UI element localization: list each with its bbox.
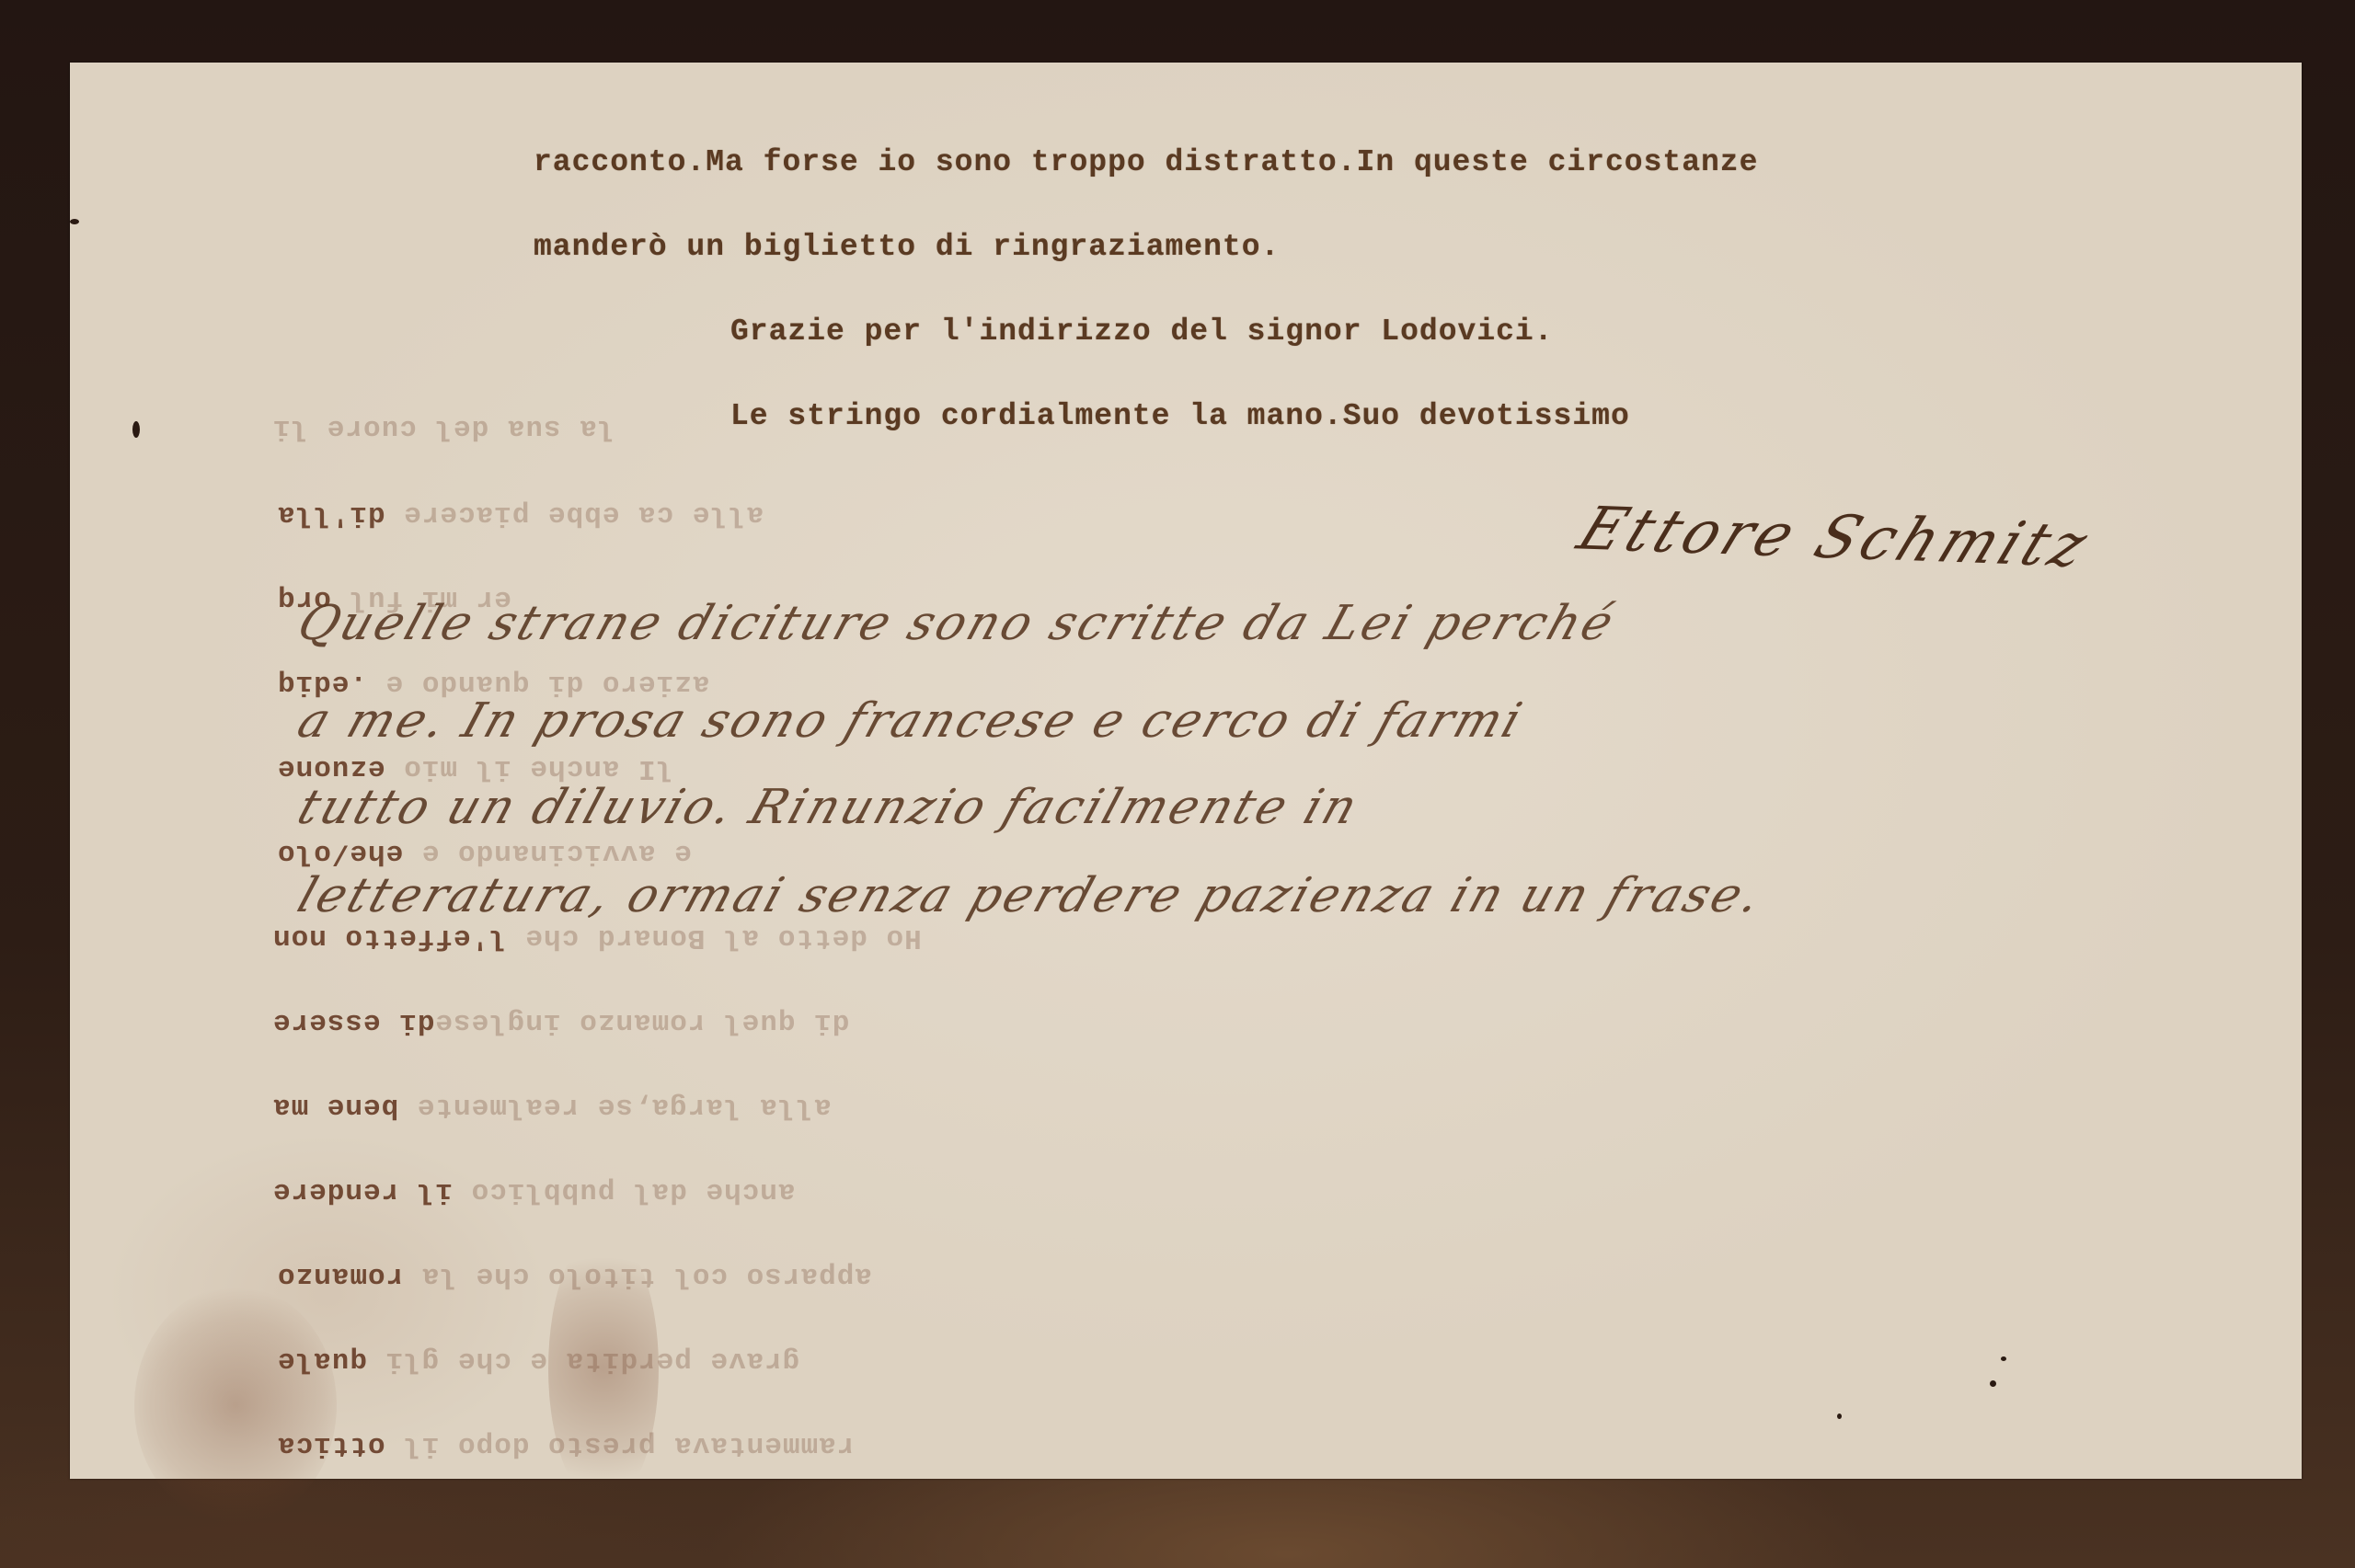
margin-mark <box>132 421 140 438</box>
handwritten-line-4: letteratura, ormai senza perdere pazienz… <box>291 868 1770 923</box>
typed-line-2: manderò un biglietto di ringraziamento. <box>534 230 1280 264</box>
handwritten-line-2: a me. In prosa sono francese e cerco di … <box>291 693 1531 749</box>
bleed-through-line: alle ca ebbe piacere di'lla <box>277 498 764 531</box>
speck <box>2001 1356 2006 1361</box>
bleed-through-line: anche dal pubblico il rendere <box>272 1175 796 1207</box>
typed-line-4: Le stringo cordialmente la mano.Suo devo… <box>730 399 1630 433</box>
bleed-through-line: Ho detto al Bonard che l'effetto non <box>272 921 922 954</box>
signature: Ettore Schmitz <box>1568 495 2101 580</box>
bleed-through-line: alla larga,se realmente bene ma <box>272 1091 832 1123</box>
ink-blot <box>548 1230 659 1506</box>
handwritten-line-1: Quelle strane diciture sono scritte da L… <box>291 596 1623 651</box>
bleed-through-line: e avvicinando e ehe/olo <box>277 837 692 869</box>
typed-line-3: Grazie per l'indirizzo del signor Lodovi… <box>730 315 1554 349</box>
typed-line-1: racconto.Ma forse io sono troppo distrat… <box>534 145 1758 179</box>
ink-blot <box>134 1286 337 1525</box>
speck <box>1837 1413 1842 1419</box>
bleed-through-line: di quel romanzo inglesedi essere <box>272 1006 849 1038</box>
handwritten-line-3: tutto un diluvio. Rinunzio facilmente in <box>291 780 1366 835</box>
letter-paper: la sua del cuore li alle ca ebbe piacere… <box>70 63 2302 1479</box>
bleed-through-line: la sua del cuore li <box>272 412 615 444</box>
speck <box>1990 1380 1996 1387</box>
margin-mark <box>70 219 79 224</box>
bleed-through-line: grave perdita e che gli quale <box>277 1345 800 1377</box>
